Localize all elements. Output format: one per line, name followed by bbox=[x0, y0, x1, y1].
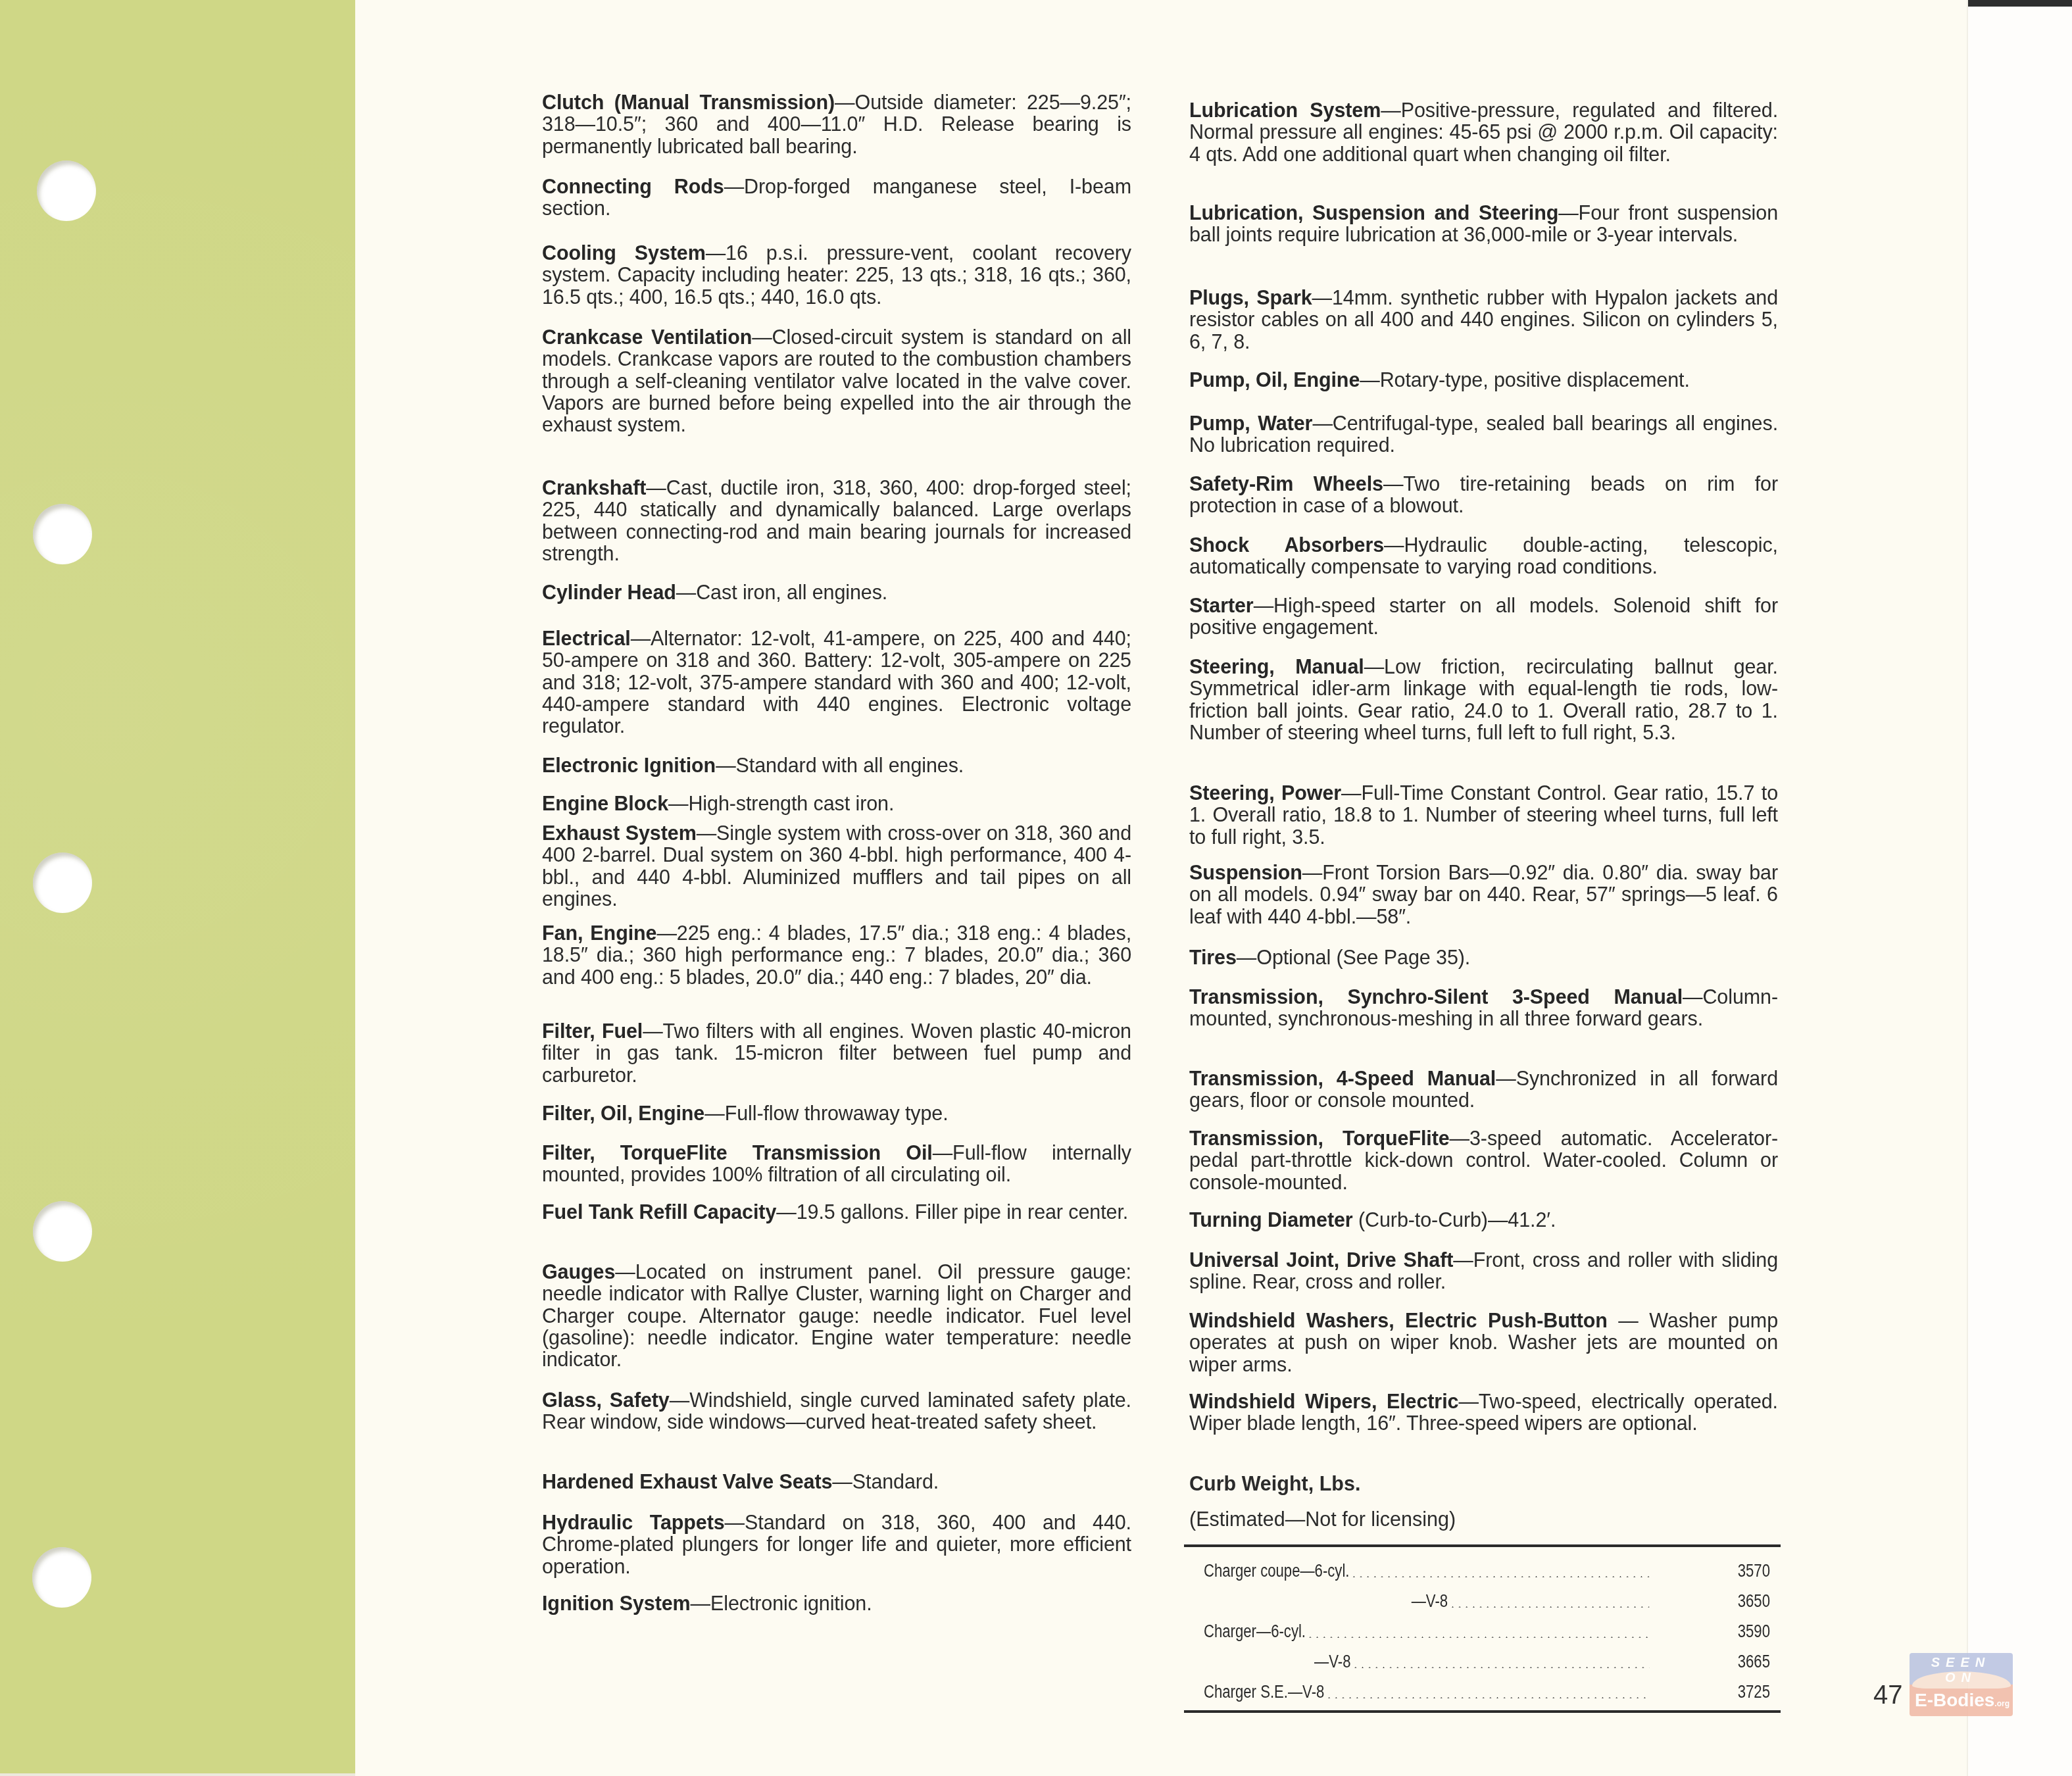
dot-leader bbox=[1325, 1697, 1649, 1698]
spec-steering-power: Steering, Power—Full-Time Constant Contr… bbox=[1189, 783, 1778, 849]
spec-clutch: Clutch (Manual Transmission)—Outside dia… bbox=[542, 92, 1131, 158]
spec-term: Pump, Water bbox=[1189, 412, 1312, 435]
spec-term: Hydraulic Tappets bbox=[542, 1512, 725, 1534]
table-row: Charger—6-cyl. 3590 bbox=[1204, 1616, 1652, 1642]
spec-term: Engine Block bbox=[542, 793, 668, 815]
spec-term: Shock Absorbers bbox=[1189, 534, 1384, 556]
spec-desc: —Cast iron, all engines. bbox=[676, 581, 887, 604]
spec-term: Transmission, Synchro-Silent 3-Speed Man… bbox=[1189, 986, 1683, 1008]
spec-electronic-ignition: Electronic Ignition—Standard with all en… bbox=[542, 755, 1131, 777]
spec-desc: —Standard. bbox=[832, 1471, 939, 1493]
curb-weight-note: (Estimated—Not for licensing) bbox=[1189, 1508, 1456, 1531]
binder-hole bbox=[33, 504, 92, 564]
spec-hardened-valve-seats: Hardened Exhaust Valve Seats—Standard. bbox=[542, 1471, 1131, 1493]
spec-desc: —Located on instrument panel. Oil pressu… bbox=[542, 1261, 1131, 1371]
watermark-tld: .org bbox=[1994, 1699, 2010, 1708]
spec-universal-joint: Universal Joint, Drive Shaft—Front, cros… bbox=[1189, 1250, 1778, 1294]
spec-term: Universal Joint, Drive Shaft bbox=[1189, 1249, 1453, 1271]
table-row: —V-8 3665 bbox=[1204, 1646, 1652, 1672]
spec-engine-block: Engine Block—High-strength cast iron. bbox=[542, 793, 1131, 815]
spec-desc: —Rotary-type, positive displacement. bbox=[1360, 369, 1690, 391]
watermark-bottom-text: E-Bodies.org bbox=[1915, 1690, 2010, 1711]
spec-exhaust-system: Exhaust System—Single system with cross-… bbox=[542, 823, 1131, 910]
watermark-brand: E-Bodies bbox=[1915, 1690, 1994, 1710]
curb-model: Charger—6-cyl. bbox=[1204, 1621, 1306, 1642]
table-row: Charger S.E.—V-8 3725 bbox=[1204, 1676, 1652, 1702]
curb-weight-value: 3725 bbox=[1738, 1682, 1770, 1702]
spec-term: Electrical bbox=[542, 628, 631, 650]
binder-hole bbox=[33, 1201, 92, 1262]
spec-starter: Starter—High-speed starter on all models… bbox=[1189, 595, 1778, 639]
spec-term: Tires bbox=[1189, 947, 1237, 969]
spec-term: Fuel Tank Refill Capacity bbox=[542, 1201, 776, 1223]
spec-term: Crankshaft bbox=[542, 477, 646, 499]
spec-safety-rim-wheels: Safety-Rim Wheels—Two tire-retaining bea… bbox=[1189, 474, 1778, 518]
spec-term: Cylinder Head bbox=[542, 581, 676, 604]
dot-leader bbox=[1352, 1667, 1649, 1668]
spec-desc: —Standard with all engines. bbox=[716, 754, 964, 777]
spec-suspension: Suspension—Front Torsion Bars—0.92″ dia.… bbox=[1189, 862, 1778, 928]
curb-model: —V-8 bbox=[1204, 1591, 1448, 1612]
spec-term: Lubrication, Suspension and Steering bbox=[1189, 202, 1558, 224]
spec-glass-safety: Glass, Safety—Windshield, single curved … bbox=[542, 1390, 1131, 1434]
spec-lubrication-system: Lubrication System—Positive-pressure, re… bbox=[1189, 100, 1778, 166]
spec-crankshaft: Crankshaft—Cast, ductile iron, 318, 360,… bbox=[542, 478, 1131, 565]
spec-term: Ignition System bbox=[542, 1592, 691, 1615]
curb-weight-title: Curb Weight, Lbs. bbox=[1189, 1473, 1360, 1496]
spec-desc: (Curb-to-Curb)—41.2′. bbox=[1353, 1209, 1556, 1231]
spec-turning-diameter: Turning Diameter (Curb-to-Curb)—41.2′. bbox=[1189, 1210, 1778, 1231]
spec-filter-oil: Filter, Oil, Engine—Full-flow throwaway … bbox=[542, 1103, 1131, 1125]
spec-transmission-torqueflite: Transmission, TorqueFlite—3-speed automa… bbox=[1189, 1128, 1778, 1194]
curb-model: Charger coupe—6-cyl. bbox=[1204, 1561, 1350, 1581]
curb-weight-value: 3650 bbox=[1738, 1591, 1770, 1612]
spec-gauges: Gauges—Located on instrument panel. Oil … bbox=[542, 1262, 1131, 1371]
spec-connecting-rods: Connecting Rods—Drop-forged manganese st… bbox=[542, 176, 1131, 220]
spec-tires: Tires—Optional (See Page 35). bbox=[1189, 947, 1778, 969]
seen-on-ebodies-watermark: SEEN ON E-Bodies.org bbox=[1910, 1653, 2013, 1716]
spec-term: Connecting Rods bbox=[542, 176, 724, 198]
spec-fuel-tank: Fuel Tank Refill Capacity—19.5 gallons. … bbox=[542, 1202, 1131, 1223]
spec-desc: —Electronic ignition. bbox=[691, 1592, 872, 1615]
curb-weight-value: 3570 bbox=[1738, 1561, 1770, 1581]
spec-filter-fuel: Filter, Fuel—Two filters with all engine… bbox=[542, 1021, 1131, 1087]
adjacent-page-shadow bbox=[1968, 0, 2072, 7]
spec-term: Filter, TorqueFlite Transmission Oil bbox=[542, 1142, 933, 1164]
spec-term: Turning Diameter bbox=[1189, 1209, 1353, 1231]
spec-hydraulic-tappets: Hydraulic Tappets—Standard on 318, 360, … bbox=[542, 1512, 1131, 1578]
spec-term: Exhaust System bbox=[542, 822, 697, 845]
spec-steering-manual: Steering, Manual—Low friction, recircula… bbox=[1189, 656, 1778, 744]
spec-cylinder-head: Cylinder Head—Cast iron, all engines. bbox=[542, 582, 1131, 604]
spec-term: Pump, Oil, Engine bbox=[1189, 369, 1360, 391]
spec-term: Transmission, TorqueFlite bbox=[1189, 1127, 1450, 1150]
dot-leader bbox=[1307, 1637, 1650, 1638]
spec-term: Glass, Safety bbox=[542, 1389, 670, 1412]
curb-model: Charger S.E.—V-8 bbox=[1204, 1682, 1324, 1702]
dot-leader bbox=[1350, 1576, 1649, 1577]
spec-desc: —High-strength cast iron. bbox=[668, 793, 894, 815]
spec-term: Gauges bbox=[542, 1261, 615, 1283]
spec-electrical: Electrical—Alternator: 12-volt, 41-amper… bbox=[542, 628, 1131, 737]
curb-model: —V-8 bbox=[1204, 1652, 1350, 1672]
spec-term: Hardened Exhaust Valve Seats bbox=[542, 1471, 832, 1493]
spec-term: Cooling System bbox=[542, 242, 706, 264]
spec-term: Filter, Fuel bbox=[542, 1020, 643, 1043]
spec-term: Plugs, Spark bbox=[1189, 287, 1312, 309]
spec-term: Suspension bbox=[1189, 862, 1302, 884]
spec-lubrication-suspension-steering: Lubrication, Suspension and Steering—Fou… bbox=[1189, 203, 1778, 247]
spec-pump-water: Pump, Water—Centrifugal-type, sealed bal… bbox=[1189, 413, 1778, 457]
spec-fan-engine: Fan, Engine—225 eng.: 4 blades, 17.5″ di… bbox=[542, 923, 1131, 989]
spec-term: Safety-Rim Wheels bbox=[1189, 473, 1383, 495]
curb-weight-table: Charger coupe—6-cyl. 3570 —V-8 3650 Char… bbox=[1184, 1544, 1781, 1713]
spec-transmission-3-speed: Transmission, Synchro-Silent 3-Speed Man… bbox=[1189, 987, 1778, 1031]
spec-term: Windshield Washers, Electric Push-Button bbox=[1189, 1310, 1608, 1332]
spec-term: Filter, Oil, Engine bbox=[542, 1102, 704, 1125]
curb-weight-value: 3590 bbox=[1738, 1621, 1770, 1642]
spec-term: Fan, Engine bbox=[542, 922, 656, 945]
table-row: —V-8 3650 bbox=[1204, 1585, 1652, 1612]
dot-leader bbox=[1449, 1606, 1650, 1608]
spec-windshield-wipers: Windshield Wipers, Electric—Two-speed, e… bbox=[1189, 1391, 1778, 1435]
spec-term: Steering, Manual bbox=[1189, 656, 1364, 678]
spec-term: Steering, Power bbox=[1189, 782, 1341, 804]
spec-filter-torqueflite: Filter, TorqueFlite Transmission Oil—Ful… bbox=[542, 1143, 1131, 1187]
spec-desc: —19.5 gallons. Filler pipe in rear cente… bbox=[776, 1201, 1128, 1223]
spec-term: Clutch (Manual Transmission) bbox=[542, 91, 835, 114]
curb-weight-value: 3665 bbox=[1738, 1652, 1770, 1672]
spec-desc: —Alternator: 12-volt, 41-ampere, on 225,… bbox=[542, 628, 1131, 737]
spec-crankcase-ventilation: Crankcase Ventilation—Closed-circuit sys… bbox=[542, 327, 1131, 436]
spec-windshield-washers: Windshield Washers, Electric Push-Button… bbox=[1189, 1310, 1778, 1376]
binder-hole bbox=[37, 160, 96, 221]
spec-desc: —Optional (See Page 35). bbox=[1237, 947, 1470, 969]
spec-term: Crankcase Ventilation bbox=[542, 326, 752, 349]
spec-term: Lubrication System bbox=[1189, 99, 1381, 122]
spec-ignition-system: Ignition System—Electronic ignition. bbox=[542, 1593, 1131, 1615]
spec-term: Transmission, 4-Speed Manual bbox=[1189, 1068, 1496, 1090]
spec-desc: —Full-flow throwaway type. bbox=[704, 1102, 948, 1125]
spec-pump-oil: Pump, Oil, Engine—Rotary-type, positive … bbox=[1189, 370, 1778, 391]
spec-plugs-spark: Plugs, Spark—14mm. synthetic rubber with… bbox=[1189, 287, 1778, 353]
table-row: Charger coupe—6-cyl. 3570 bbox=[1204, 1555, 1652, 1581]
watermark-top-text: SEEN ON bbox=[1915, 1656, 2007, 1686]
adjacent-page-edge bbox=[1967, 0, 2072, 1776]
binder-hole bbox=[33, 852, 92, 913]
spec-desc: —High-speed starter on all models. Solen… bbox=[1189, 595, 1778, 639]
spec-term: Windshield Wipers, Electric bbox=[1189, 1391, 1458, 1413]
spec-cooling-system: Cooling System—16 p.s.i. pressure-vent, … bbox=[542, 243, 1131, 308]
spec-transmission-4-speed: Transmission, 4-Speed Manual—Synchronize… bbox=[1189, 1068, 1778, 1112]
spec-term: Electronic Ignition bbox=[542, 754, 716, 777]
spec-shock-absorbers: Shock Absorbers—Hydraulic double-acting,… bbox=[1189, 535, 1778, 579]
binder-hole bbox=[32, 1547, 91, 1608]
page-number: 47 bbox=[1873, 1681, 1903, 1710]
spec-term: Starter bbox=[1189, 595, 1254, 617]
